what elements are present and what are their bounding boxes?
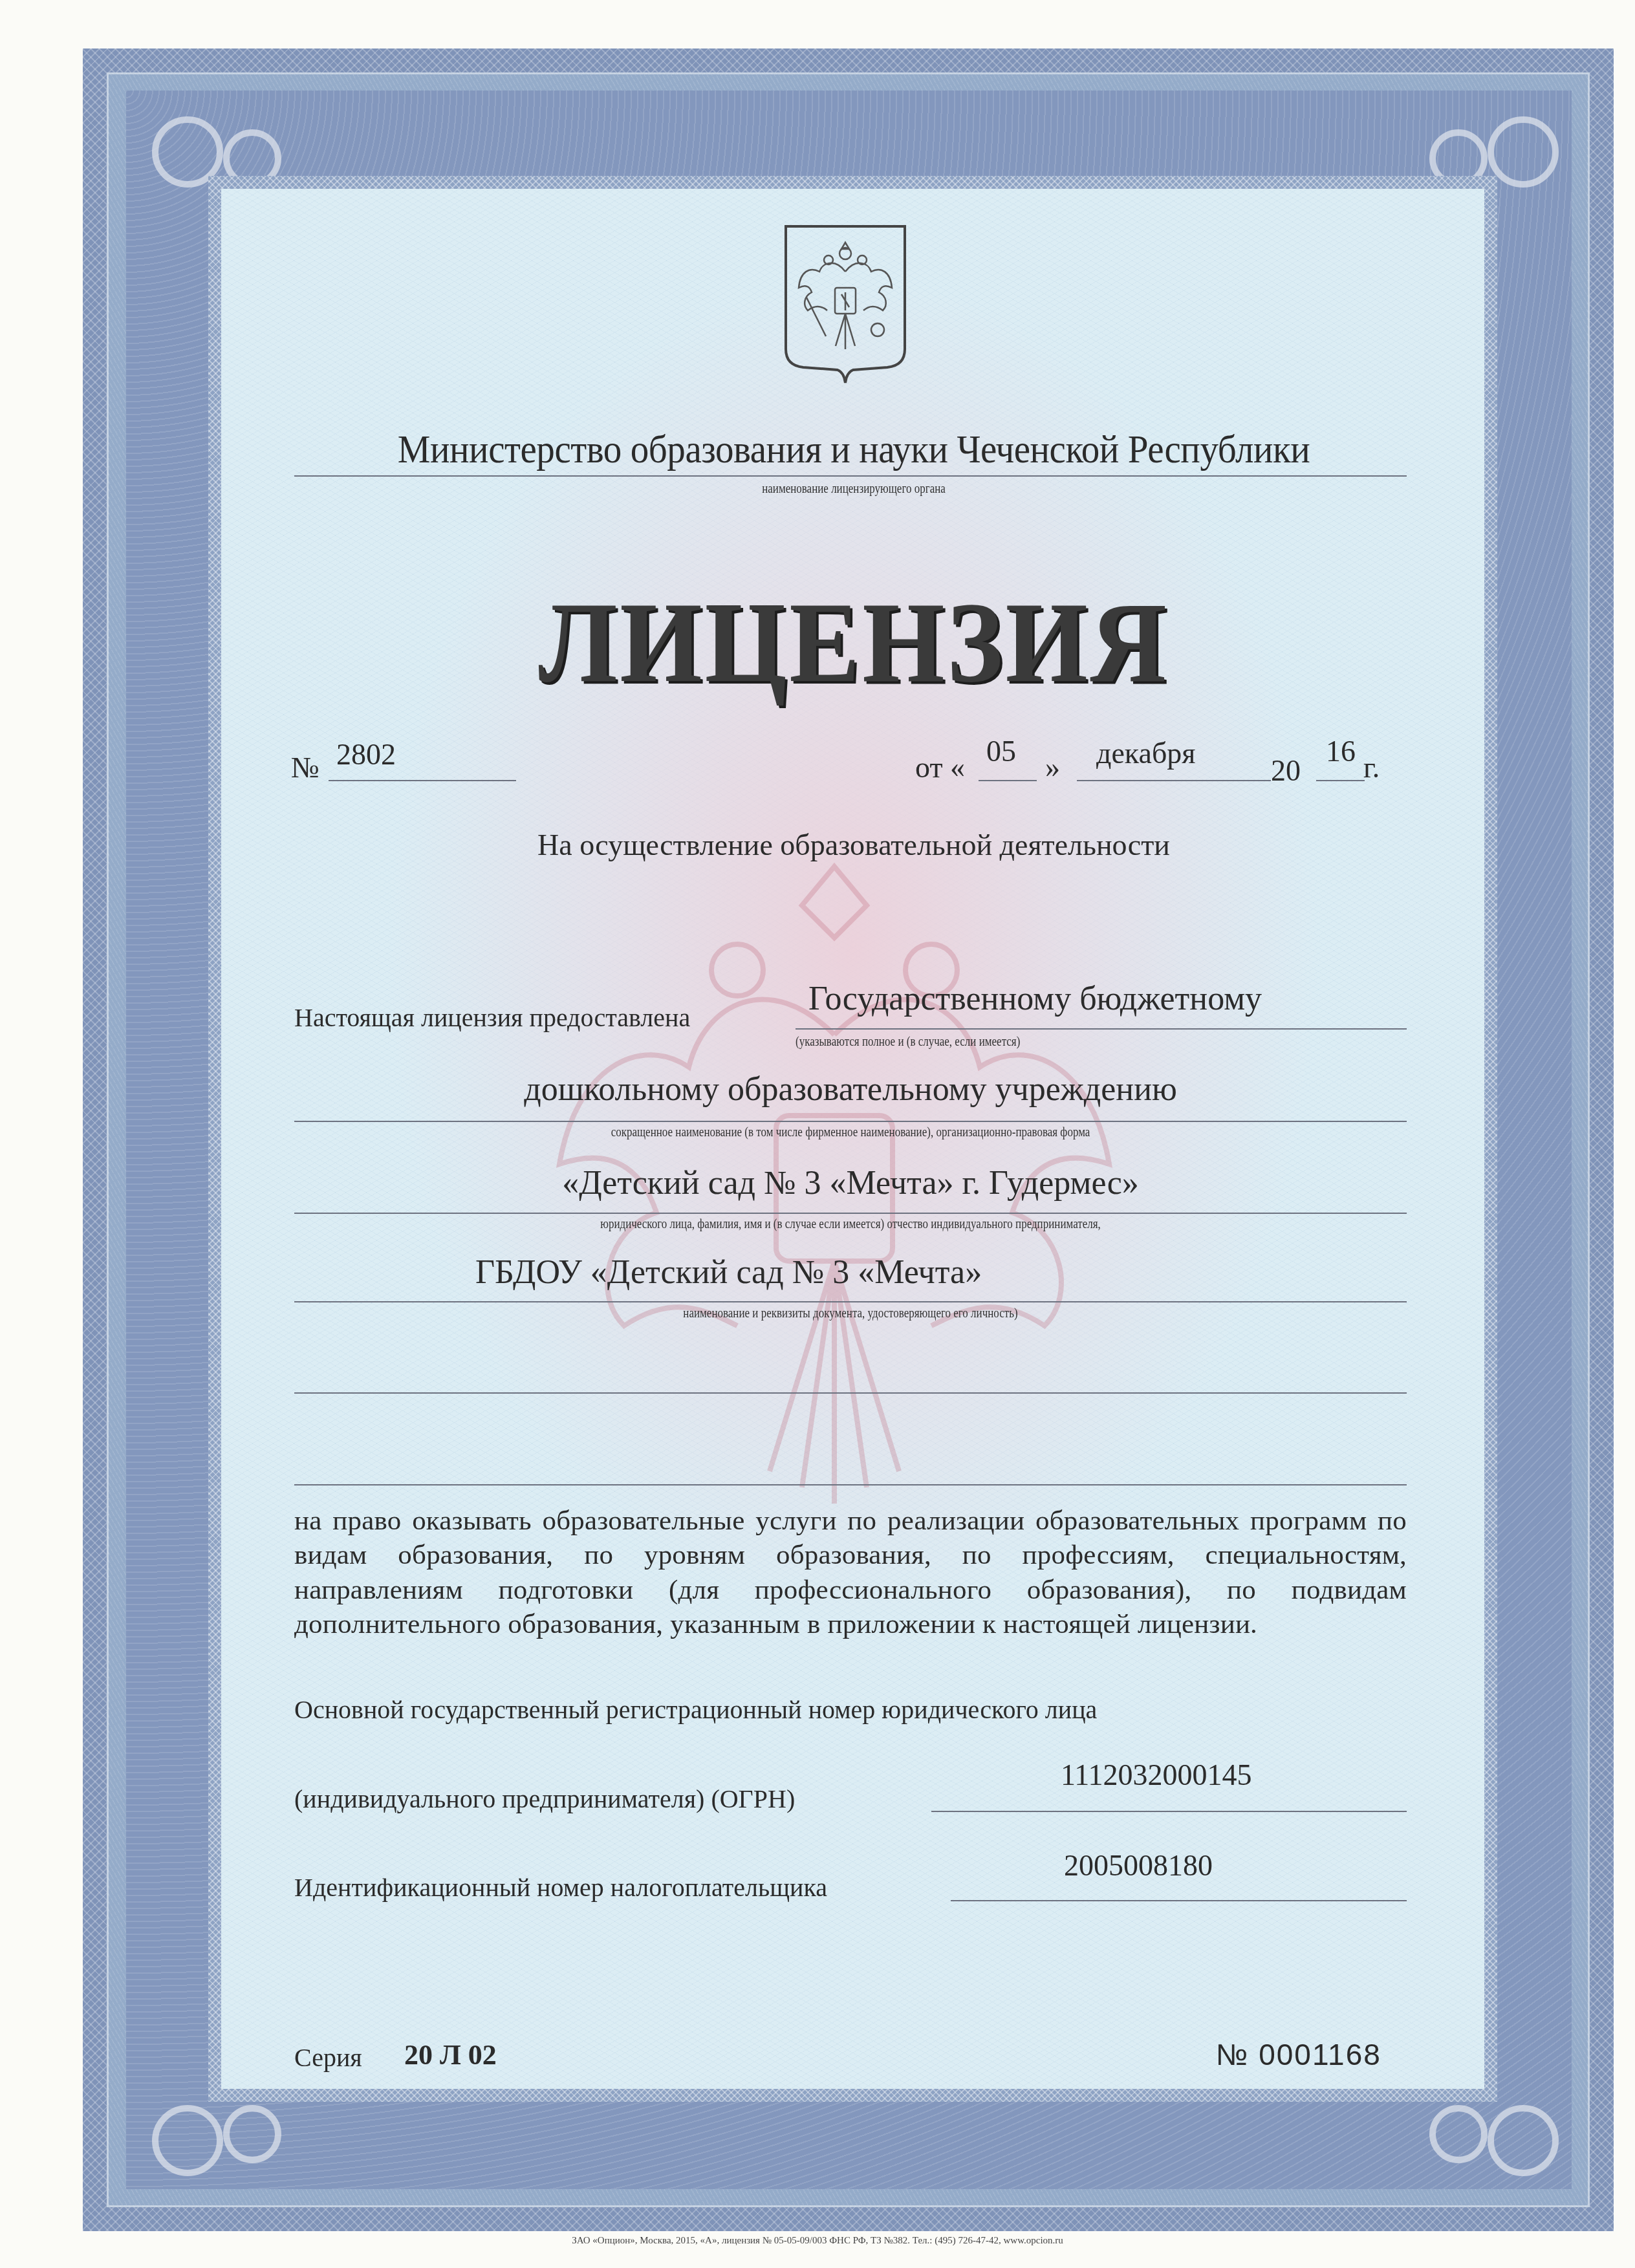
licensee-line-4: ГБДОУ «Детский сад № 3 «Мечта» <box>475 1253 982 1291</box>
date-prefix: от « <box>915 750 965 784</box>
document-title: ЛИЦЕНЗИЯ <box>270 576 1436 709</box>
inn-label: Идентификационный номер налогоплательщик… <box>294 1872 827 1903</box>
corner-swirl-icon <box>1488 116 1559 188</box>
licensee-line-2-underline <box>294 1121 1407 1122</box>
printer-imprint: ЗАО «Опцион», Москва, 2015, «А», лицензи… <box>0 2236 1635 2247</box>
rights-paragraph: на право оказывать образовательные услуг… <box>294 1504 1407 1641</box>
date-year-suffix: 16 <box>1326 734 1356 768</box>
corner-swirl-icon <box>223 2105 281 2163</box>
ogrn-underline <box>931 1811 1407 1812</box>
licensee-caption-1: (указываются полное и (в случае, если им… <box>796 1035 1070 1050</box>
licensee-caption-4: наименование и реквизиты документа, удос… <box>378 1306 1323 1321</box>
date-quote-close: » <box>1045 750 1060 784</box>
date-day-underline <box>979 780 1037 781</box>
blank-number: № 0001168 <box>1216 2037 1381 2072</box>
date-year-unit: г. <box>1363 750 1380 784</box>
ogrn-value: 1112032000145 <box>1061 1758 1252 1792</box>
blank-line <box>294 1484 1407 1485</box>
ogrn-label-line-1: Основной государственный регистрационный… <box>294 1694 1097 1725</box>
issuer-underline <box>294 475 1407 477</box>
date-day: 05 <box>986 734 1016 768</box>
corner-swirl-icon <box>152 2105 223 2176</box>
russian-coat-of-arms-icon <box>781 220 910 388</box>
number-prefix: № <box>291 750 319 784</box>
blank-line <box>294 1392 1407 1394</box>
licensee-line-1: Государственному бюджетному <box>808 980 1262 1018</box>
inn-underline <box>951 1900 1407 1901</box>
licensee-line-3-underline <box>294 1213 1407 1214</box>
licensee-caption-3: юридического лица, фамилия, имя и (в слу… <box>378 1217 1323 1232</box>
license-purpose: На осуществление образовательной деятель… <box>220 828 1488 862</box>
license-number: 2802 <box>336 737 396 772</box>
ogrn-label-line-2: (индивидуального предпринимателя) (ОГРН) <box>294 1784 795 1814</box>
licensee-line-4-underline <box>294 1301 1407 1302</box>
date-month-underline <box>1077 780 1271 781</box>
series-value: 20 Л 02 <box>404 2038 497 2071</box>
inn-value: 2005008180 <box>1064 1848 1213 1883</box>
date-month: декабря <box>1096 736 1195 770</box>
licensee-line-2: дошкольному образовательному учреждению <box>294 1070 1407 1108</box>
corner-swirl-icon <box>1488 2105 1559 2176</box>
issuer-caption: наименование лицензирующего органа <box>315 482 1392 497</box>
granted-label: Настоящая лицензия предоставлена <box>294 1002 690 1033</box>
series-label: Серия <box>294 2042 362 2073</box>
date-year-prefix: 20 <box>1271 753 1301 788</box>
licensee-line-3: «Детский сад № 3 «Мечта» г. Гудермес» <box>294 1164 1407 1202</box>
licensee-caption-2: сокращенное наименование (в том числе фи… <box>378 1125 1323 1140</box>
corner-swirl-icon <box>1429 2105 1488 2163</box>
issuer-name: Министерство образования и науки Чеченск… <box>270 427 1436 473</box>
date-year-underline <box>1316 780 1365 781</box>
licensee-line-1-underline <box>796 1028 1407 1030</box>
license-number-underline <box>329 780 516 781</box>
